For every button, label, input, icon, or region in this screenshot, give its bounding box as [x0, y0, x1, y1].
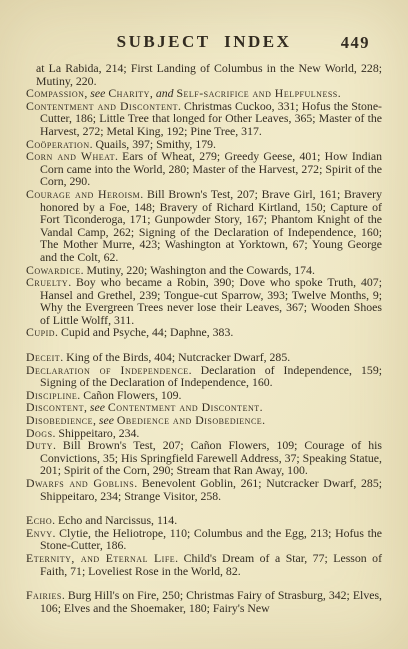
- index-entry: Cruelty. Boy who became a Robin, 390; Do…: [26, 276, 382, 326]
- index-entry: Courage and Heroism. Bill Brown's Test, …: [26, 188, 382, 264]
- index-entry: Eternity, and Eternal Life. Child's Drea…: [26, 552, 382, 577]
- index-entry: Corn and Wheat. Ears of Wheat, 279; Gree…: [26, 150, 382, 188]
- index-entry: Envy. Clytie, the Heliotrope, 110; Colum…: [26, 527, 382, 552]
- page-number: 449: [341, 33, 370, 53]
- entry-headword: Cupid: [26, 325, 55, 339]
- index-entry: Fairies. Burg Hill's on Fire, 250; Chris…: [26, 589, 382, 614]
- page-header: SUBJECT INDEX 449: [0, 32, 408, 50]
- index-entry: Duty. Bill Brown's Test, 207; Cañon Flow…: [26, 439, 382, 477]
- index-entry: Cupid. Cupid and Psyche, 44; Daphne, 383…: [26, 326, 382, 339]
- index-entry-continuation: at La Rabida, 214; First Landing of Colu…: [26, 62, 382, 87]
- index-entry: Contentment and Discontent. Christmas Cu…: [26, 100, 382, 138]
- index-entries: at La Rabida, 214; First Landing of Colu…: [26, 62, 382, 614]
- entry-text: . Clytie, the Heliotrope, 110; Columbus …: [40, 526, 382, 553]
- index-entry: Dwarfs and Goblins. Benevolent Goblin, 2…: [26, 477, 382, 502]
- entry-text: . Bill Brown's Test, 207; Cañon Flowers,…: [40, 438, 382, 477]
- index-entry: Declaration of Independence. Declaration…: [26, 364, 382, 389]
- entry-text: . Cupid and Psyche, 44; Daphne, 383.: [55, 325, 233, 339]
- entry-text: at La Rabida, 214; First Landing of Colu…: [36, 61, 382, 88]
- book-page: SUBJECT INDEX 449 at La Rabida, 214; Fir…: [0, 0, 408, 649]
- entry-text: . Burg Hill's on Fire, 250; Christmas Fa…: [40, 588, 382, 615]
- entry-text: . Boy who became a Robin, 390; Dove who …: [40, 275, 382, 327]
- entry-text: .: [262, 413, 265, 427]
